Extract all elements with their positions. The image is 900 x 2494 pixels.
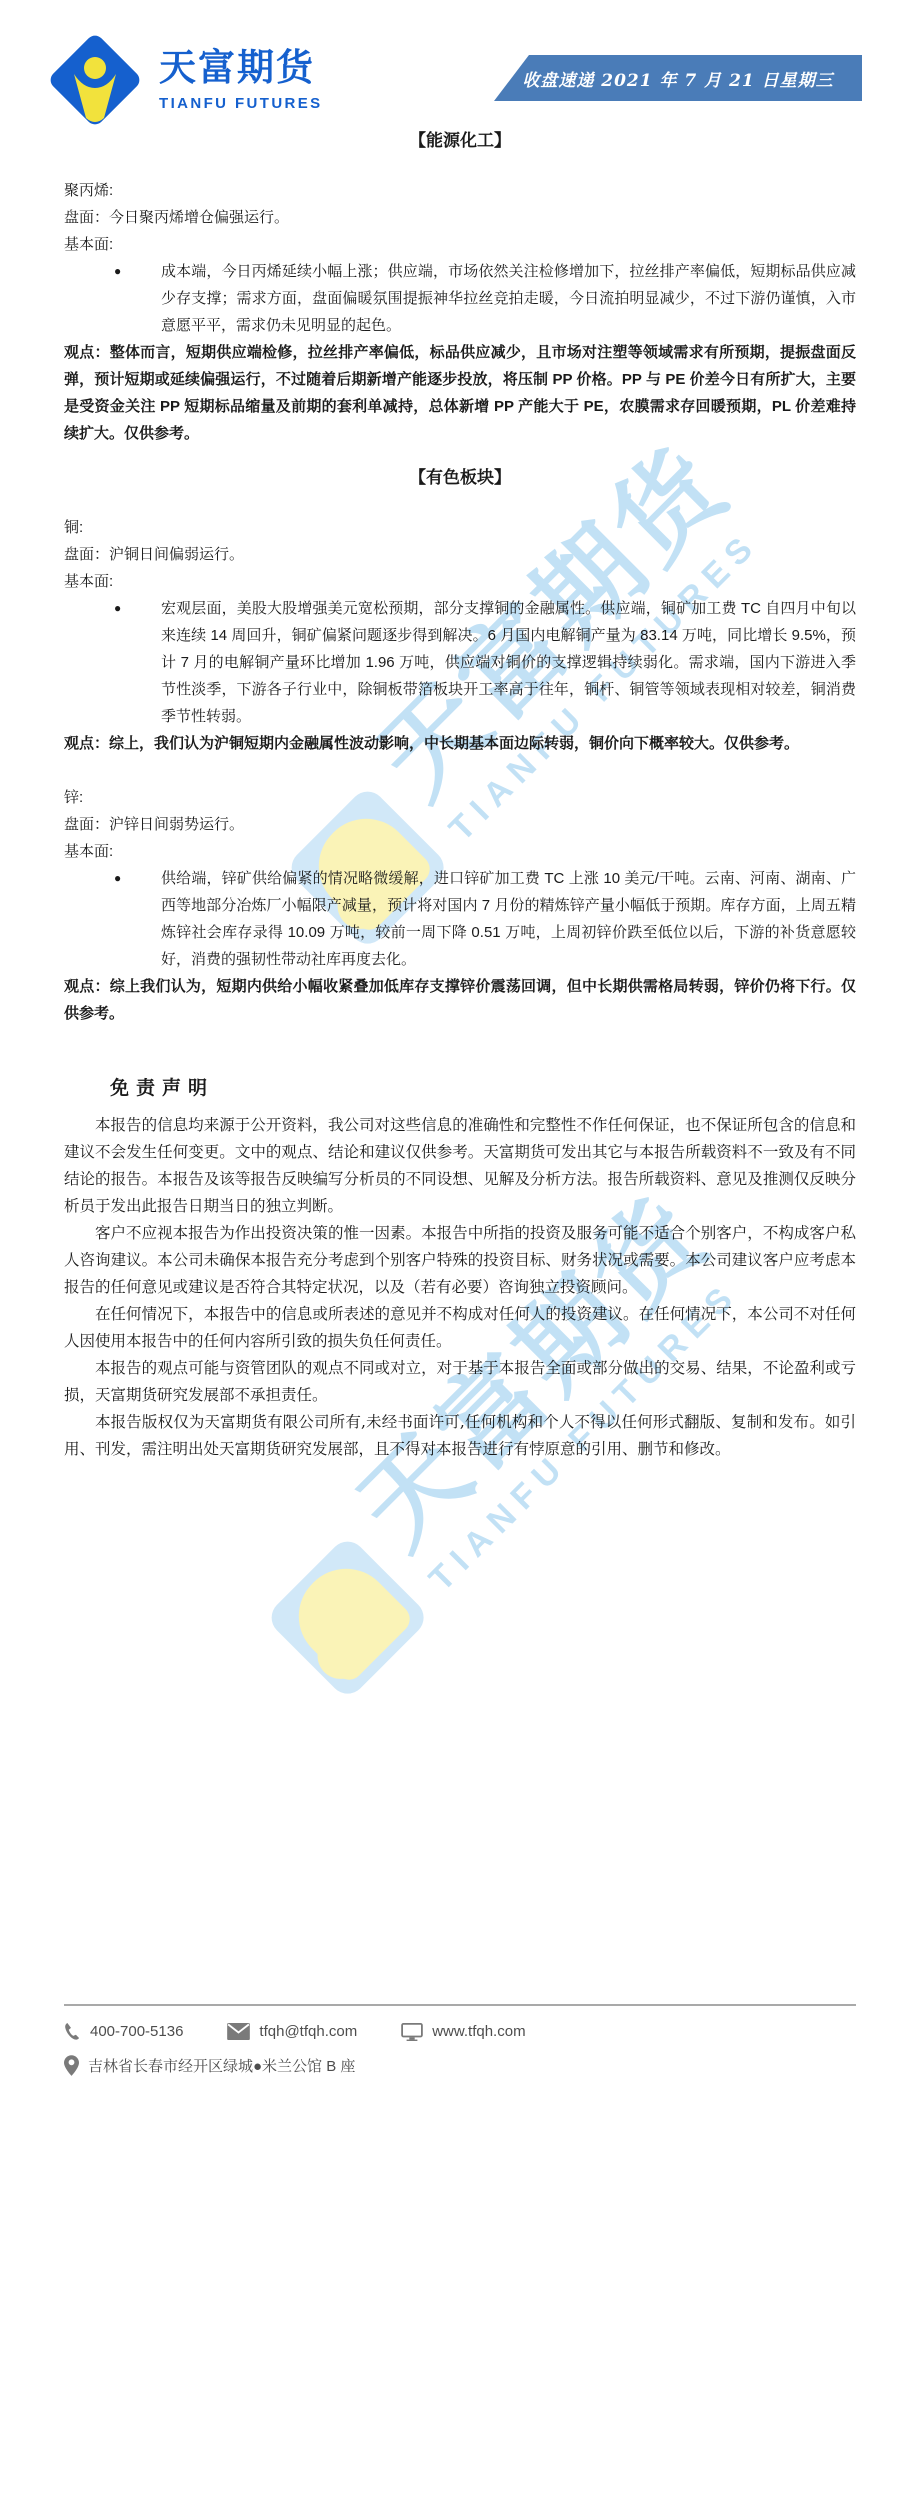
commodity-block-copper: 铜: 盘面：沪铜日间偏弱运行。 基本面: ● 宏观层面，美股大股增强美元宽松预期… bbox=[64, 514, 856, 757]
watermark-logo-figure bbox=[264, 1534, 431, 1701]
date-banner-text: 收盘速递 2021 年 7 月 21 日星期三 bbox=[522, 66, 833, 91]
fundamentals-text: 成本端，今日丙烯延续小幅上涨；供应端，市场依然关注检修增加下，拉丝排产率偏低，短… bbox=[161, 258, 856, 339]
location-pin-icon bbox=[64, 2055, 79, 2076]
fundamentals-bullet: ● 供给端，锌矿供给偏紧的情况略微缓解，进口锌矿加工费 TC 上涨 10 美元/… bbox=[64, 865, 856, 973]
website-contact: www.tfqh.com bbox=[401, 2023, 525, 2041]
diamond-logo-icon bbox=[45, 28, 145, 132]
fundamentals-text: 宏观层面，美股大股增强美元宽松预期，部分支撑铜的金融属性。供应端，铜矿加工费 T… bbox=[161, 595, 856, 730]
fundamentals-bullet: ● 成本端，今日丙烯延续小幅上涨；供应端，市场依然关注检修增加下，拉丝排产率偏低… bbox=[64, 258, 856, 339]
disclaimer-paragraph: 本报告版权仅为天富期货有限公司所有,未经书面许可,任何机构和个人不得以任何形式翻… bbox=[64, 1409, 856, 1463]
disclaimer-title: 免责声明 bbox=[110, 1073, 856, 1100]
disclaimer-paragraph: 在任何情况下，本报告中的信息或所表述的意见并不构成对任何人的投资建议。在任何情况… bbox=[64, 1301, 856, 1355]
report-body: 【能源化工】 聚丙烯: 盘面：今日聚丙烯增仓偏强运行。 基本面: ● 成本端，今… bbox=[64, 126, 856, 1463]
brand-name-en: TIANFU FUTURES bbox=[159, 95, 323, 112]
bullet-icon: ● bbox=[114, 865, 161, 892]
fundamentals-text: 供给端，锌矿供给偏紧的情况略微缓解，进口锌矿加工费 TC 上涨 10 美元/干吨… bbox=[161, 865, 856, 973]
fundamentals-label: 基本面: bbox=[64, 568, 856, 595]
fundamentals-label: 基本面: bbox=[64, 231, 856, 258]
phone-contact: 400-700-5136 bbox=[64, 2022, 183, 2041]
bullet-icon: ● bbox=[114, 595, 161, 622]
report-header: 天富期货 TIANFU FUTURES 收盘速递 2021 年 7 月 21 日… bbox=[45, 28, 862, 128]
viewpoint-text: 观点：综上，我们认为沪铜短期内金融属性波动影响，中长期基本面边际转弱，铜价向下概… bbox=[64, 730, 856, 757]
phone-icon bbox=[64, 2022, 81, 2041]
commodity-name: 锌: bbox=[64, 784, 856, 811]
commodity-block-polypropylene: 聚丙烯: 盘面：今日聚丙烯增仓偏强运行。 基本面: ● 成本端，今日丙烯延续小幅… bbox=[64, 177, 856, 447]
disclaimer-section: 免责声明 本报告的信息均来源于公开资料，我公司对这些信息的准确性和完整性不作任何… bbox=[64, 1073, 856, 1463]
viewpoint-text: 观点：整体而言，短期供应端检修，拉丝排产率偏低，标品供应减少，且市场对注塑等领域… bbox=[64, 339, 856, 447]
email-address[interactable]: tfqh@tfqh.com bbox=[259, 2023, 357, 2040]
section-title-metals: 【有色板块】 bbox=[64, 463, 856, 488]
monitor-icon bbox=[401, 2023, 423, 2041]
brand-name-cn: 天富期货 bbox=[159, 48, 323, 89]
company-address: 吉林省长春市经开区绿城●米兰公馆 B 座 bbox=[88, 2055, 355, 2076]
contact-footer: 400-700-5136 tfqh@tfqh.com www.tfqh.com … bbox=[64, 2004, 856, 2090]
bullet-icon: ● bbox=[114, 258, 161, 285]
disclaimer-paragraph: 客户不应视本报告为作出投资决策的惟一因素。本报告中所指的投资及服务可能不适合个别… bbox=[64, 1220, 856, 1301]
date-banner: 收盘速递 2021 年 7 月 21 日星期三 bbox=[494, 55, 862, 101]
address-contact: 吉林省长春市经开区绿城●米兰公馆 B 座 bbox=[64, 2055, 355, 2076]
commodity-block-zinc: 锌: 盘面：沪锌日间弱势运行。 基本面: ● 供给端，锌矿供给偏紧的情况略微缓解… bbox=[64, 784, 856, 1027]
website-url[interactable]: www.tfqh.com bbox=[432, 2023, 525, 2040]
commodity-name: 聚丙烯: bbox=[64, 177, 856, 204]
email-icon bbox=[227, 2023, 250, 2040]
commodity-name: 铜: bbox=[64, 514, 856, 541]
disclaimer-paragraph: 本报告的信息均来源于公开资料，我公司对这些信息的准确性和完整性不作任何保证，也不… bbox=[64, 1112, 856, 1220]
fundamentals-bullet: ● 宏观层面，美股大股增强美元宽松预期，部分支撑铜的金融属性。供应端，铜矿加工费… bbox=[64, 595, 856, 730]
market-line: 盘面：沪锌日间弱势运行。 bbox=[64, 811, 856, 838]
fundamentals-label: 基本面: bbox=[64, 838, 856, 865]
disclaimer-paragraph: 本报告的观点可能与资管团队的观点不同或对立，对于基于本报告全面或部分做出的交易、… bbox=[64, 1355, 856, 1409]
market-line: 盘面：沪铜日间偏弱运行。 bbox=[64, 541, 856, 568]
viewpoint-text: 观点：综上我们认为，短期内供给小幅收紧叠加低库存支撑锌价震荡回调，但中长期供需格… bbox=[64, 973, 856, 1027]
phone-number[interactable]: 400-700-5136 bbox=[90, 2023, 183, 2040]
email-contact: tfqh@tfqh.com bbox=[227, 2023, 357, 2040]
market-line: 盘面：今日聚丙烯增仓偏强运行。 bbox=[64, 204, 856, 231]
